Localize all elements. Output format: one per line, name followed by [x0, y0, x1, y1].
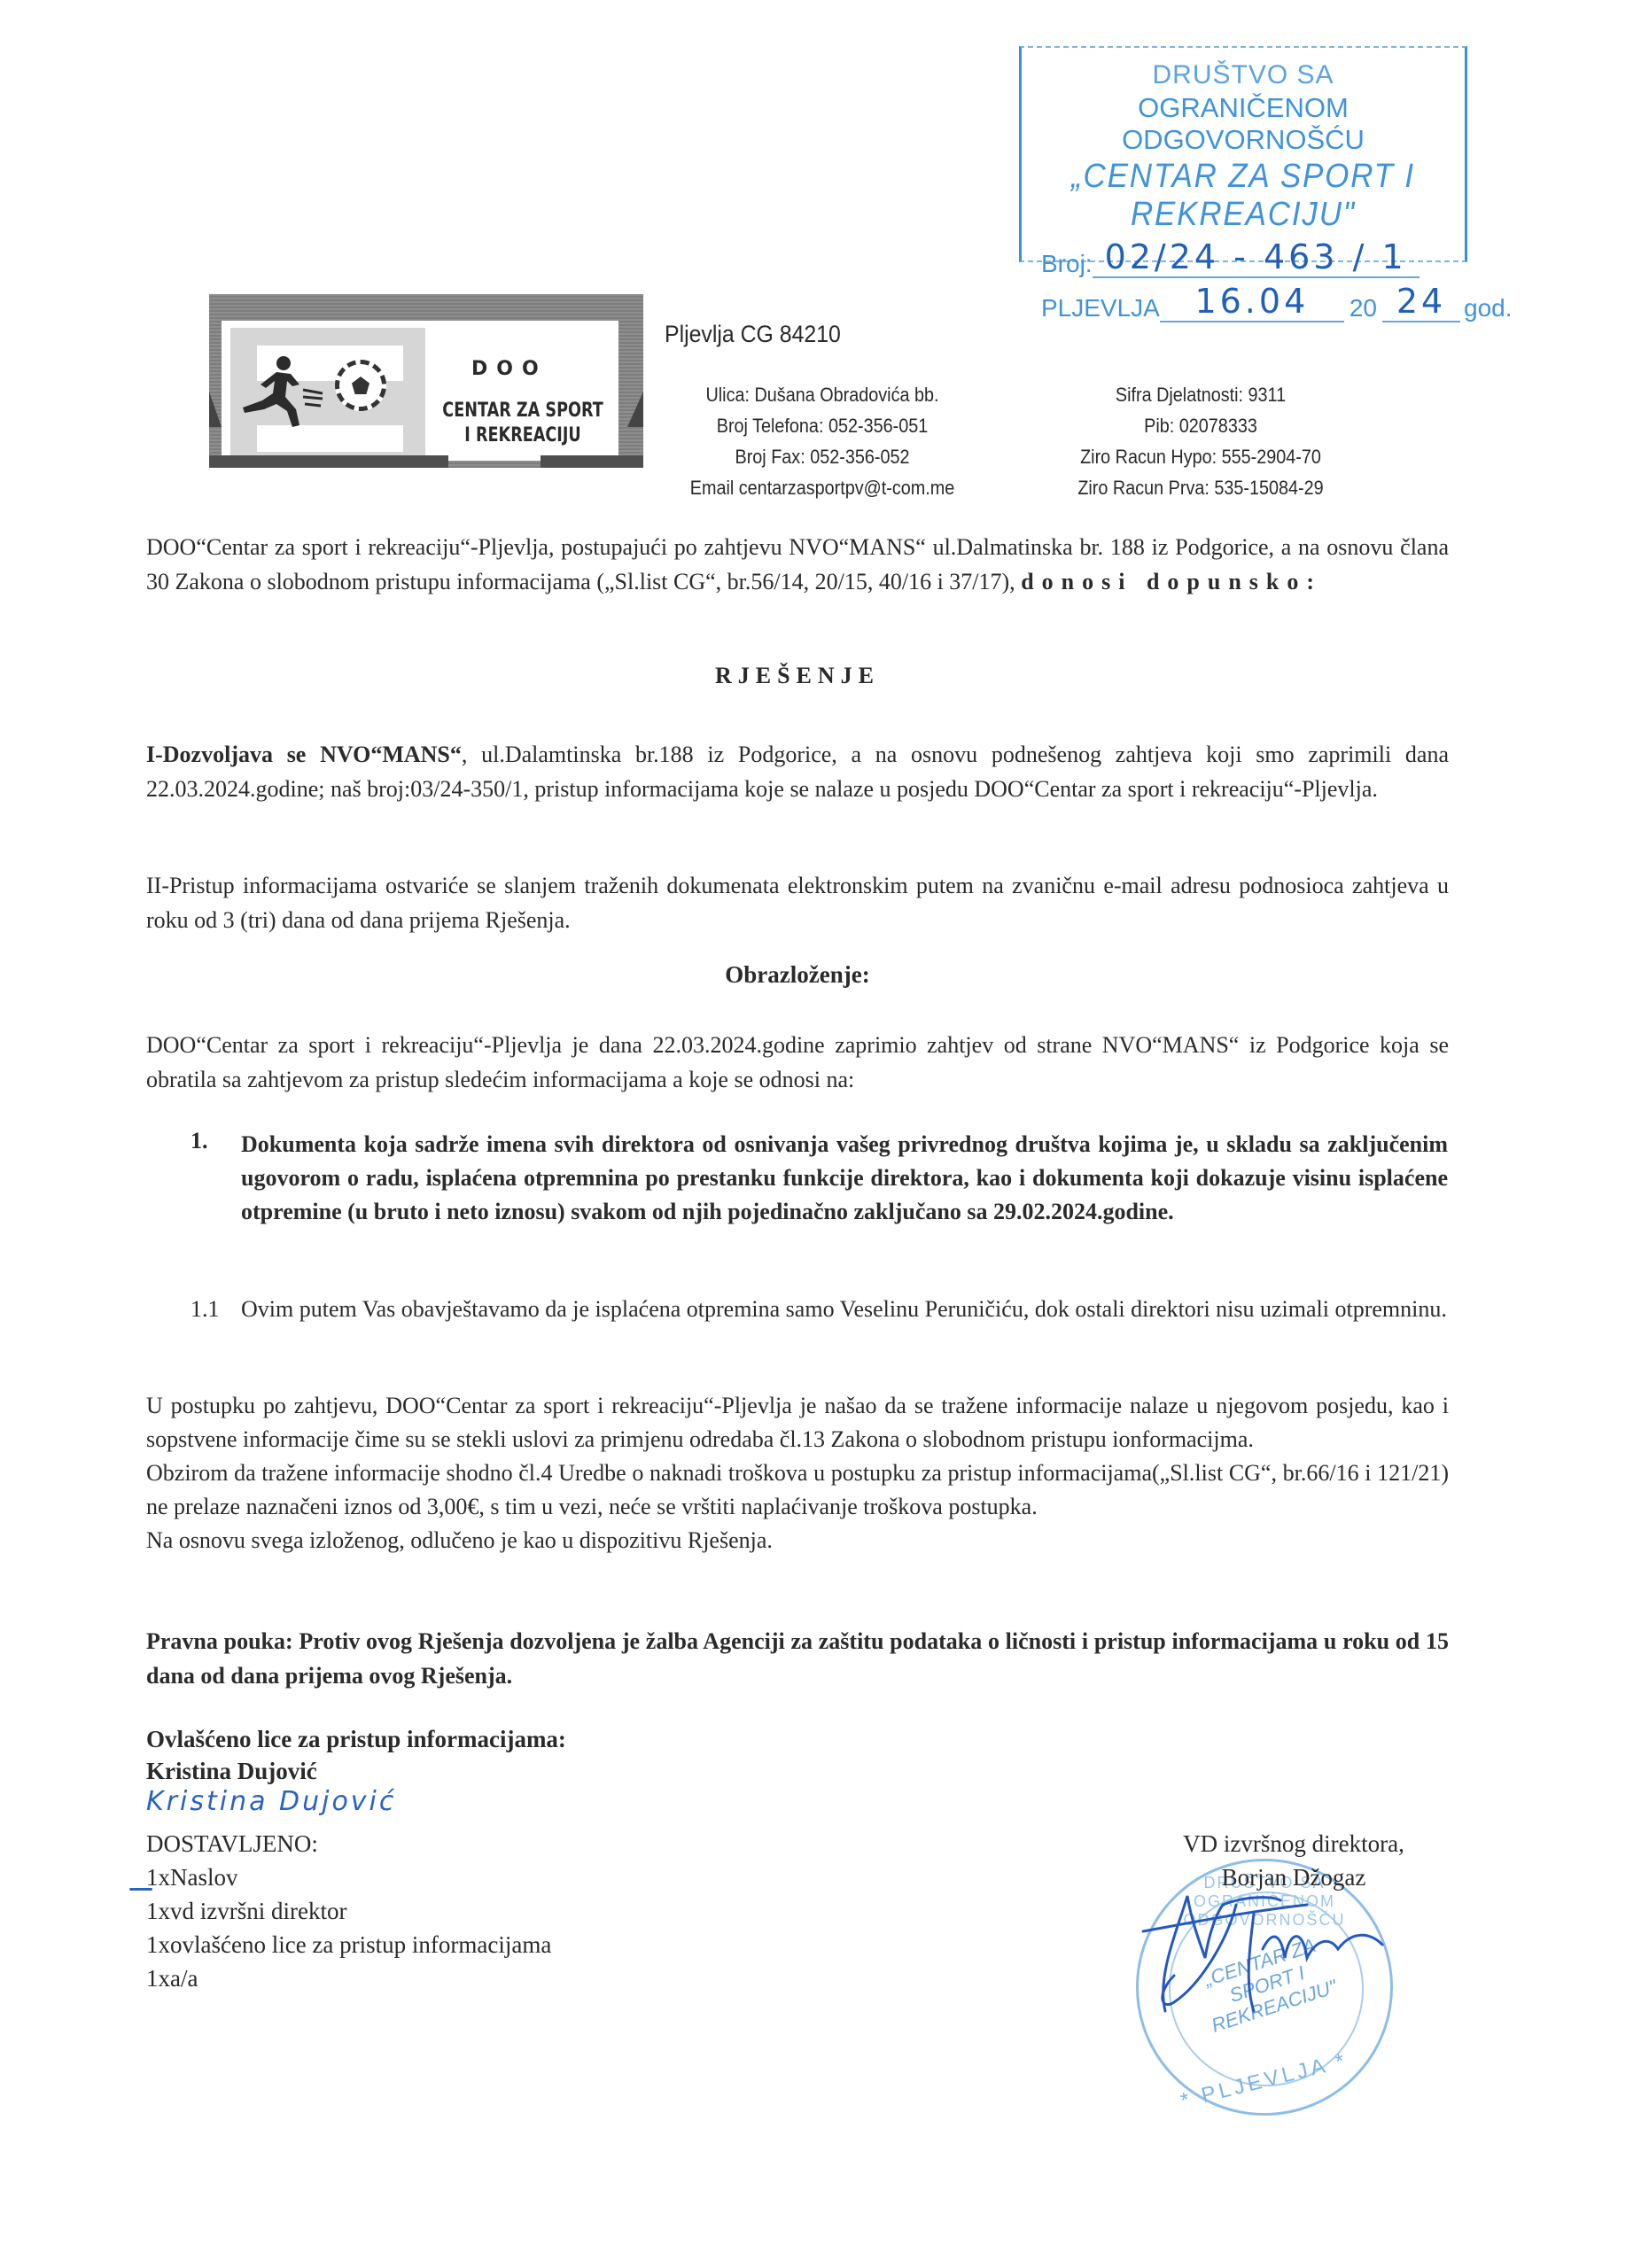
stamp-date-row: PLJEVLJA 16.04 20 24 god. — [1022, 282, 1465, 322]
header-fax: Broj Fax: 052-356-052 — [671, 441, 974, 472]
delivered-item: 1xNaslov — [146, 1860, 551, 1894]
findings-2: Obzirom da tražene informacije shodno čl… — [146, 1456, 1449, 1524]
findings-1: U postupku po zahtjevu, DOO“Centar za sp… — [146, 1389, 1449, 1456]
stamp-year-value: 24 — [1382, 282, 1460, 322]
intro-paragraph: DOO“Centar za sport i rekreaciju“-Pljevl… — [146, 530, 1449, 599]
delivered-item: 1xovlašćeno lice za pristup informacijam… — [146, 1928, 551, 1961]
logo-corner-right — [627, 392, 643, 427]
logo-company-name: CENTAR ZA SPORT I REKREACIJU — [439, 399, 607, 448]
authorized-person-name: Kristina Dujović — [146, 1754, 317, 1788]
stamp-number-label: Broj: — [1041, 250, 1093, 278]
delivered-item: 1xvd izvršni direktor — [146, 1894, 551, 1928]
header-street: Ulica: Dušana Obradovića bb. — [671, 379, 974, 410]
delivered-list: 1xNaslov 1xvd izvršni direktor 1xovlašće… — [146, 1860, 551, 1995]
reasoning-title: Obrazloženje: — [146, 961, 1449, 989]
pen-mark — [129, 1888, 152, 1891]
stamp-year-prefix: 20 — [1350, 294, 1377, 322]
authorized-person-label: Ovlašćeno lice za pristup informacijama: — [146, 1722, 566, 1756]
header-account-prva: Ziro Racun Prva: 535-15084-29 — [1038, 472, 1365, 503]
delivered-label: DOSTAVLJENO: — [146, 1827, 318, 1860]
company-logo: DOO CENTAR ZA SPORT I REKREACIJU — [209, 294, 643, 468]
findings-paragraph: U postupku po zahtjevu, DOO“Centar za sp… — [146, 1389, 1449, 1557]
stamp-company-name: „CENTAR ZA SPORT I REKREACIJU" — [1039, 158, 1447, 234]
header-account-hypo: Ziro Racun Hypo: 555-2904-70 — [1038, 441, 1365, 472]
decision-point-1: I-Dozvoljava se NVO“MANS“, ul.Dalamtinsk… — [146, 737, 1449, 806]
director-title: VD izvršnog direktora, — [1152, 1827, 1435, 1860]
header-pib: Pib: 02078333 — [1038, 410, 1365, 441]
reasoning-intro: DOO“Centar za sport i rekreaciju“-Pljevl… — [146, 1028, 1449, 1097]
decision-point-2: II-Pristup informacijama ostvariće se sl… — [146, 868, 1449, 937]
logo-panel: DOO CENTAR ZA SPORT I REKREACIJU — [222, 321, 618, 461]
stamp-date-value: 16.04 — [1160, 282, 1344, 322]
list-item-1-1-number: 1.1 — [191, 1292, 220, 1326]
stamp-number-row: Broj: 02/24 - 463 / 1 — [1022, 237, 1465, 278]
header-phone: Broj Telefona: 052-356-051 — [671, 410, 974, 441]
football-icon — [335, 360, 386, 411]
list-item-1-text: Dokumenta koja sadrže imena svih direkto… — [241, 1128, 1448, 1229]
findings-3: Na osnovu svega izloženog, odlučeno je k… — [146, 1524, 1449, 1557]
header-city: Pljevlja CG 84210 — [665, 321, 841, 348]
list-item-1-1-text: Ovim putem Vas obavještavamo da je ispla… — [241, 1292, 1448, 1326]
logo-doo-text: DOO — [471, 358, 548, 380]
director-signature — [1139, 1878, 1431, 2029]
legal-notice: Pravna pouka: Protiv ovog Rješenja dozvo… — [146, 1624, 1449, 1693]
decision-point-1-lead: I-Dozvoljava se NVO“MANS“ — [146, 742, 462, 767]
registration-stamp: DRUŠTVO SA OGRANIČENOM ODGOVORNOŠĆU „CEN… — [1019, 46, 1467, 262]
stamp-year-suffix: god. — [1464, 294, 1513, 322]
header-email: Email centarzasportpv@t-com.me — [671, 472, 974, 503]
football-player-icon — [237, 354, 326, 434]
header-contact-left: Ulica: Dušana Obradovića bb. Broj Telefo… — [671, 379, 974, 503]
delivered-item: 1xa/a — [146, 1961, 551, 1995]
header-activity-code: Sifra Djelatnosti: 9311 — [1038, 379, 1365, 410]
intro-emphasis: donosi dopunsko: — [1021, 569, 1322, 594]
stamp-line-1: DRUŠTVO SA — [1022, 60, 1465, 90]
document-title: RJEŠENJE — [146, 663, 1449, 689]
stamp-line-2: OGRANIČENOM ODGOVORNOŠĆU — [1022, 92, 1465, 156]
header-contact-right: Sifra Djelatnosti: 9311 Pib: 02078333 Zi… — [1038, 379, 1365, 503]
stamp-city-label: PLJEVLJA — [1041, 294, 1160, 322]
list-item-1-number: 1. — [191, 1128, 208, 1154]
stamp-number-value: 02/24 - 463 / 1 — [1093, 237, 1420, 278]
authorized-person-signature: Kristina Dujović — [146, 1786, 396, 1817]
logo-corner-left — [209, 392, 222, 427]
